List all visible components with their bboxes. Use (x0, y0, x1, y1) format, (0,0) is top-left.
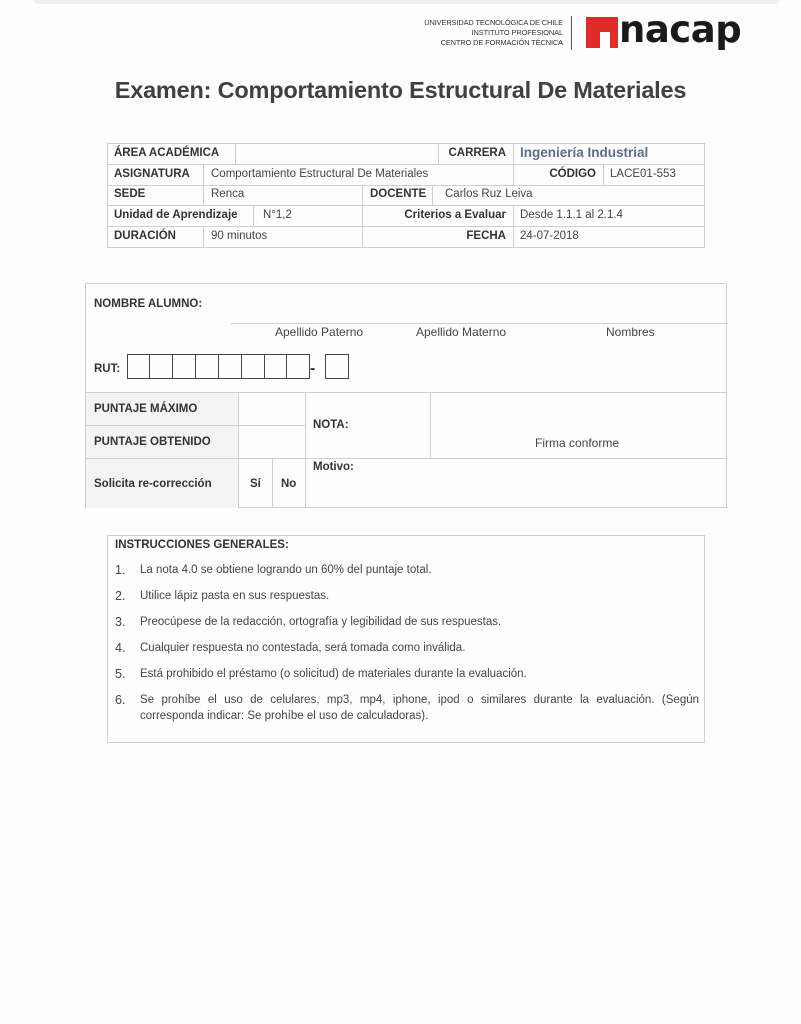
carrera-value: Ingeniería Industrial (520, 145, 648, 160)
puntaje-obtenido-label: PUNTAJE OBTENIDO (94, 436, 211, 448)
page-top-edge (34, 0, 780, 4)
asignatura-label: ASIGNATURA (114, 168, 190, 180)
rut-digit-box[interactable] (265, 354, 287, 379)
instructions-box: INSTRUCCIONES GENERALES: 1.La nota 4.0 s… (107, 535, 705, 743)
institution-line: CENTRO DE FORMACIÓN TÉCNICA (400, 38, 563, 48)
list-item: 1.La nota 4.0 se obtiene logrando un 60%… (115, 563, 699, 579)
rut-digit-box[interactable] (242, 354, 265, 379)
rut-label: RUT: (94, 363, 120, 375)
carrera-label: CARRERA (438, 147, 506, 159)
item-text: Utilice lápiz pasta en sus respuestas. (140, 589, 699, 605)
asignatura-value: Comportamiento Estructural De Materiales (211, 168, 428, 180)
item-text: Cualquier respuesta no contestada, será … (140, 641, 699, 657)
rut-digit-box[interactable] (150, 354, 173, 379)
fecha-label: FECHA (362, 230, 506, 242)
institution-line: INSTITUTO PROFESIONAL (400, 28, 563, 38)
page-title: Examen: Comportamiento Estructural De Ma… (0, 77, 801, 104)
list-item: 2.Utilice lápiz pasta en sus respuestas. (115, 589, 699, 605)
item-number: 5. (115, 667, 140, 683)
inacap-logo-icon (586, 17, 618, 48)
motivo-label: Motivo: (313, 461, 354, 473)
logo-text: nacap (619, 8, 741, 51)
rut-digit-box[interactable] (127, 354, 150, 379)
area-label: ÁREA ACADÉMICA (114, 147, 219, 159)
item-text: La nota 4.0 se obtiene logrando un 60% d… (140, 563, 699, 579)
item-number: 6. (115, 693, 140, 724)
list-item: 6.Se prohíbe el uso de celulares, mp3, m… (115, 693, 699, 724)
rut-digit-box[interactable] (173, 354, 196, 379)
nota-label: NOTA: (313, 419, 349, 431)
instructions-title: INSTRUCCIONES GENERALES: (115, 539, 289, 551)
rut-input-boxes[interactable] (127, 354, 310, 379)
recorreccion-si-option[interactable]: Sí (250, 478, 261, 490)
name-input-line[interactable] (231, 323, 728, 324)
puntaje-maximo-label: PUNTAJE MÁXIMO (94, 403, 197, 415)
apellido-paterno-label: Apellido Paterno (275, 325, 363, 339)
duracion-label: DURACIÓN (114, 230, 176, 242)
nombres-label: Nombres (606, 325, 655, 339)
institution-line: UNIVERSIDAD TECNOLÓGICA DE CHILE (400, 18, 563, 28)
codigo-label: CÓDIGO (513, 168, 596, 180)
recorreccion-label: Solicita re-corrección (94, 478, 212, 490)
codigo-value: LACE01-553 (610, 168, 676, 180)
sede-label: SEDE (114, 188, 145, 200)
item-text: Preocúpese de la redacción, ortografía y… (140, 615, 699, 631)
rut-digit-box[interactable] (287, 354, 310, 379)
puntaje-obtenido-field[interactable] (239, 426, 305, 458)
list-item: 3.Preocúpese de la redacción, ortografía… (115, 615, 699, 631)
criterios-label: Criterios a Evaluar (362, 209, 506, 221)
rut-digit-box[interactable] (196, 354, 219, 379)
instructions-list: 1.La nota 4.0 se obtiene logrando un 60%… (115, 563, 699, 735)
firma-conforme-label: Firma conforme (535, 436, 619, 450)
item-text: Se prohíbe el uso de celulares, mp3, mp4… (140, 693, 699, 724)
logo-separator (571, 16, 572, 50)
unidad-value: N°1,2 (263, 209, 292, 221)
apellido-materno-label: Apellido Materno (416, 325, 506, 339)
rut-digit-box[interactable] (219, 354, 242, 379)
recorreccion-no-option[interactable]: No (281, 478, 296, 490)
item-number: 2. (115, 589, 140, 605)
list-item: 5.Está prohibido el préstamo (o solicitu… (115, 667, 699, 683)
item-number: 1. (115, 563, 140, 579)
docente-label: DOCENTE (370, 188, 426, 200)
rut-dash: - (310, 360, 315, 378)
exam-info-grid: ÁREA ACADÉMICA CARRERA Ingeniería Indust… (107, 143, 705, 248)
nombre-alumno-label: NOMBRE ALUMNO: (94, 298, 202, 310)
item-number: 3. (115, 615, 140, 631)
list-item: 4.Cualquier respuesta no contestada, ser… (115, 641, 699, 657)
rut-verifier-box[interactable] (325, 354, 349, 379)
item-number: 4. (115, 641, 140, 657)
item-text: Está prohibido el préstamo (o solicitud)… (140, 667, 699, 683)
unidad-label: Unidad de Aprendizaje (114, 209, 238, 221)
puntaje-maximo-field[interactable] (239, 393, 305, 425)
duracion-value: 90 minutos (211, 230, 267, 242)
institution-lines: UNIVERSIDAD TECNOLÓGICA DE CHILE INSTITU… (400, 18, 563, 48)
sede-value: Renca (211, 188, 244, 200)
fecha-value: 24-07-2018 (520, 230, 579, 242)
student-section: NOMBRE ALUMNO: Apellido Paterno Apellido… (85, 283, 727, 508)
docente-value: Carlos Ruz Leiva (445, 188, 533, 200)
criterios-value: Desde 1.1.1 al 2.1.4 (520, 209, 623, 221)
